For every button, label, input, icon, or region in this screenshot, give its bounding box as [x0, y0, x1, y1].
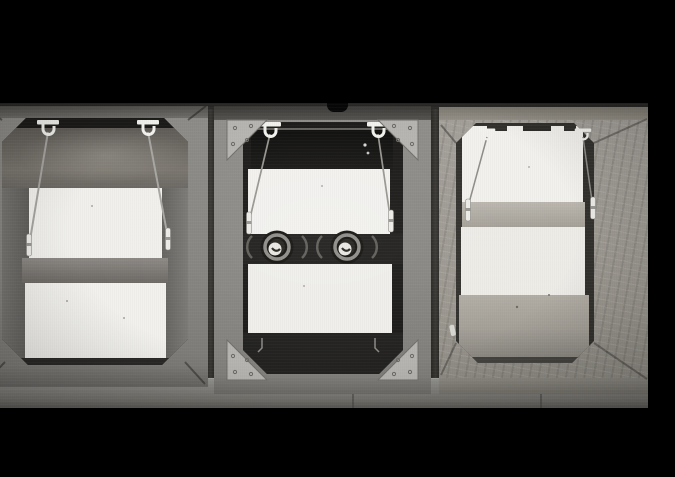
panel-clip — [247, 212, 252, 234]
panel-edge-gap — [564, 126, 576, 131]
panel-clip — [466, 199, 471, 221]
left-frame-hardware — [0, 106, 208, 387]
hanging-wire — [250, 134, 270, 218]
panel-edge-gap — [523, 126, 551, 131]
chamfer-line — [441, 343, 456, 375]
hanging-wire — [583, 137, 592, 201]
apparatus-dot — [363, 143, 366, 146]
hanging-wire — [378, 134, 390, 216]
bright-mark — [449, 324, 456, 336]
panel-clip — [389, 210, 394, 232]
middle-frame-hardware — [214, 106, 431, 394]
photo-print — [0, 103, 648, 408]
panel-clip — [166, 228, 171, 250]
dust-speck — [66, 300, 68, 302]
small-hook — [258, 338, 262, 352]
hanging-wire — [30, 132, 48, 240]
dust-speck — [528, 166, 530, 168]
panel-clip — [27, 234, 32, 256]
dust-speck — [321, 185, 323, 187]
panel-clip — [591, 197, 596, 219]
small-hook — [375, 338, 379, 352]
dust-speck — [91, 205, 93, 207]
apparatus-dot — [367, 152, 370, 155]
frame-left — [0, 106, 208, 387]
hanging-wire — [469, 137, 487, 203]
corner-plate — [378, 340, 418, 380]
spool — [247, 231, 307, 264]
corner-plate — [378, 120, 418, 160]
chamfer-line — [188, 106, 206, 120]
dust-speck — [516, 306, 518, 308]
spool — [317, 231, 377, 264]
corner-plate — [227, 120, 267, 160]
frame-right — [439, 107, 648, 394]
chamfer-line — [185, 362, 205, 384]
top-edge-notch — [327, 103, 348, 112]
dust-speck — [303, 285, 305, 287]
corner-plate — [227, 340, 267, 380]
dust-speck — [548, 294, 550, 296]
chamfer-line — [441, 125, 456, 143]
chamfer-line — [594, 343, 647, 379]
dust-speck — [123, 317, 125, 319]
frame-middle — [214, 106, 431, 394]
photograph-scene — [0, 0, 675, 477]
right-frame-hardware — [439, 107, 648, 394]
chamfer-line — [0, 106, 2, 120]
chamfer-line — [0, 362, 5, 384]
hanging-wire — [148, 132, 168, 238]
chamfer-line — [594, 119, 647, 143]
